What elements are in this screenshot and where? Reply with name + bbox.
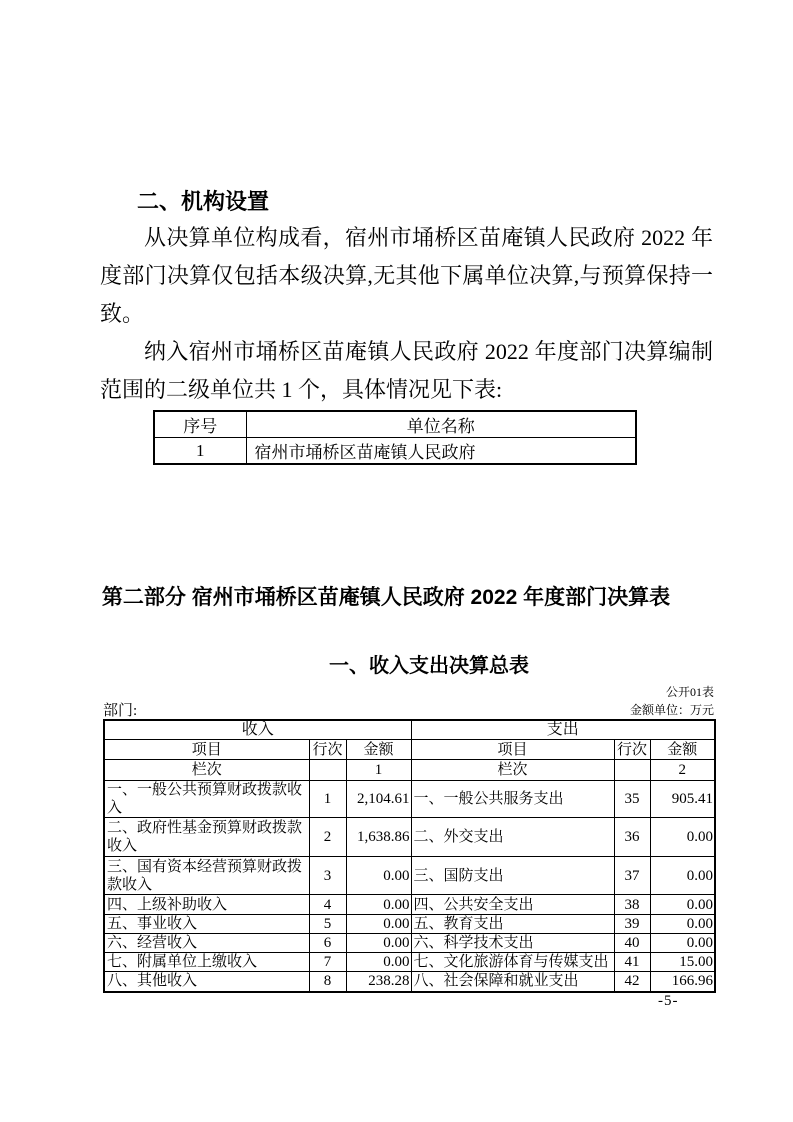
expense-item-cell: 七、文化旅游体育与传媒支出: [411, 953, 614, 972]
income-item-header: 项目: [104, 740, 309, 760]
summary-row: 七、附属单位上缴收入 7 0.00 七、文化旅游体育与传媒支出 41 15.00: [104, 953, 715, 972]
expense-amount-cell: 0.00: [650, 818, 715, 857]
income-amount-header: 金额: [346, 740, 411, 760]
summary-lanci-row: 栏次 1 栏次 2: [104, 760, 715, 781]
body-paragraphs: 从决算单位构成看，宿州市埇桥区苗庵镇人民政府 2022 年 度部门决算仅包括本级…: [100, 219, 713, 409]
income-rowno-header: 行次: [309, 740, 346, 760]
expense-amount-cell: 0.00: [650, 857, 715, 895]
expense-amount-header: 金额: [650, 740, 715, 760]
expense-item-cell: 五、教育支出: [411, 915, 614, 934]
part2-title: 第二部分 宿州市埇桥区苗庵镇人民政府 2022 年度部门决算表: [102, 581, 670, 611]
expense-rowno-cell: 35: [614, 781, 650, 818]
expense-rowno-cell: 39: [614, 915, 650, 934]
expense-amount-cell: 166.96: [650, 972, 715, 992]
income-rowno-cell: 6: [309, 934, 346, 953]
paragraph2-line1: 纳入宿州市埇桥区苗庵镇人民政府 2022 年度部门决算编制: [100, 333, 713, 371]
income-col-number: 1: [346, 760, 411, 781]
income-item-cell: 七、附属单位上缴收入: [104, 953, 309, 972]
unit-name-cell: 宿州市埇桥区苗庵镇人民政府: [246, 438, 636, 465]
income-rowno-cell: 7: [309, 953, 346, 972]
expense-item-header: 项目: [411, 740, 614, 760]
unit-table-header-seq: 序号: [154, 411, 246, 438]
unit-table-data-row: 1 宿州市埇桥区苗庵镇人民政府: [154, 438, 636, 465]
summary-row: 六、经营收入 6 0.00 六、科学技术支出 40 0.00: [104, 934, 715, 953]
income-amount-cell: 0.00: [346, 857, 411, 895]
expense-item-cell: 二、外交支出: [411, 818, 614, 857]
income-rowno-cell: 5: [309, 915, 346, 934]
amount-unit-label: 金额单位：万元: [630, 701, 714, 718]
income-rowno-cell: 2: [309, 818, 346, 857]
income-amount-cell: 1,638.86: [346, 818, 411, 857]
income-item-cell: 二、政府性基金预算财政拨款收入: [104, 818, 309, 857]
income-amount-cell: 0.00: [346, 953, 411, 972]
expense-rowno-header: 行次: [614, 740, 650, 760]
income-rowno-cell: 8: [309, 972, 346, 992]
income-amount-cell: 2,104.61: [346, 781, 411, 818]
income-item-cell: 一、一般公共预算财政拨款收入: [104, 781, 309, 818]
document-page: 二、机构设置 从决算单位构成看，宿州市埇桥区苗庵镇人民政府 2022 年 度部门…: [0, 0, 793, 1122]
income-lanci-empty: [309, 760, 346, 781]
expense-amount-cell: 0.00: [650, 915, 715, 934]
expense-lanci-empty: [614, 760, 650, 781]
expense-item-cell: 六、科学技术支出: [411, 934, 614, 953]
paragraph1-line1: 从决算单位构成看，宿州市埇桥区苗庵镇人民政府 2022 年: [100, 219, 713, 257]
income-item-cell: 三、国有资本经营预算财政拨款收入: [104, 857, 309, 895]
income-amount-cell: 0.00: [346, 934, 411, 953]
expense-rowno-cell: 38: [614, 895, 650, 915]
section-heading-org-setup: 二、机构设置: [137, 185, 269, 216]
paragraph2-line2: 范围的二级单位共 1 个，具体情况见下表:: [100, 371, 713, 409]
summary-table-title: 一、收入支出决算总表: [329, 649, 529, 678]
expense-rowno-cell: 37: [614, 857, 650, 895]
expense-item-cell: 四、公共安全支出: [411, 895, 614, 915]
department-label: 部门:: [103, 699, 137, 720]
income-item-cell: 五、事业收入: [104, 915, 309, 934]
expense-rowno-cell: 41: [614, 953, 650, 972]
public-table-number: 公开01表: [666, 683, 714, 700]
income-rowno-cell: 3: [309, 857, 346, 895]
income-rowno-cell: 4: [309, 895, 346, 915]
paragraph1-line2: 度部门决算仅包括本级决算,无其他下属单位决算,与预算保持一: [100, 257, 713, 295]
expense-amount-cell: 905.41: [650, 781, 715, 818]
expense-amount-cell: 0.00: [650, 934, 715, 953]
income-amount-cell: 238.28: [346, 972, 411, 992]
expense-item-cell: 八、社会保障和就业支出: [411, 972, 614, 992]
summary-row: 二、政府性基金预算财政拨款收入 2 1,638.86 二、外交支出 36 0.0…: [104, 818, 715, 857]
income-item-cell: 八、其他收入: [104, 972, 309, 992]
unit-list-table: 序号 单位名称 1 宿州市埇桥区苗庵镇人民政府: [153, 410, 637, 465]
summary-row: 五、事业收入 5 0.00 五、教育支出 39 0.00: [104, 915, 715, 934]
expense-lanci-label: 栏次: [411, 760, 614, 781]
expense-rowno-cell: 42: [614, 972, 650, 992]
income-item-cell: 四、上级补助收入: [104, 895, 309, 915]
summary-row: 四、上级补助收入 4 0.00 四、公共安全支出 38 0.00: [104, 895, 715, 915]
expense-amount-cell: 0.00: [650, 895, 715, 915]
income-amount-cell: 0.00: [346, 895, 411, 915]
income-lanci-label: 栏次: [104, 760, 309, 781]
expense-col-number: 2: [650, 760, 715, 781]
summary-column-header-row: 项目 行次 金额 项目 行次 金额: [104, 740, 715, 760]
unit-seq-cell: 1: [154, 438, 246, 465]
expense-rowno-cell: 36: [614, 818, 650, 857]
unit-table-header-row: 序号 单位名称: [154, 411, 636, 438]
expense-rowno-cell: 40: [614, 934, 650, 953]
paragraph1-line3: 致。: [100, 295, 713, 333]
summary-row: 一、一般公共预算财政拨款收入 1 2,104.61 一、一般公共服务支出 35 …: [104, 781, 715, 818]
income-item-cell: 六、经营收入: [104, 934, 309, 953]
income-amount-cell: 0.00: [346, 915, 411, 934]
page-number: -5-: [658, 993, 679, 1010]
income-expense-summary-table: 收入 支出 项目 行次 金额 项目 行次 金额 栏次 1 栏次 2 一、一般公共…: [103, 719, 716, 993]
expense-group-header: 支出: [411, 720, 715, 740]
summary-group-header-row: 收入 支出: [104, 720, 715, 740]
summary-row: 三、国有资本经营预算财政拨款收入 3 0.00 三、国防支出 37 0.00: [104, 857, 715, 895]
unit-table-header-name: 单位名称: [246, 411, 636, 438]
expense-amount-cell: 15.00: [650, 953, 715, 972]
income-rowno-cell: 1: [309, 781, 346, 818]
expense-item-cell: 三、国防支出: [411, 857, 614, 895]
income-group-header: 收入: [104, 720, 411, 740]
summary-row: 八、其他收入 8 238.28 八、社会保障和就业支出 42 166.96: [104, 972, 715, 992]
expense-item-cell: 一、一般公共服务支出: [411, 781, 614, 818]
